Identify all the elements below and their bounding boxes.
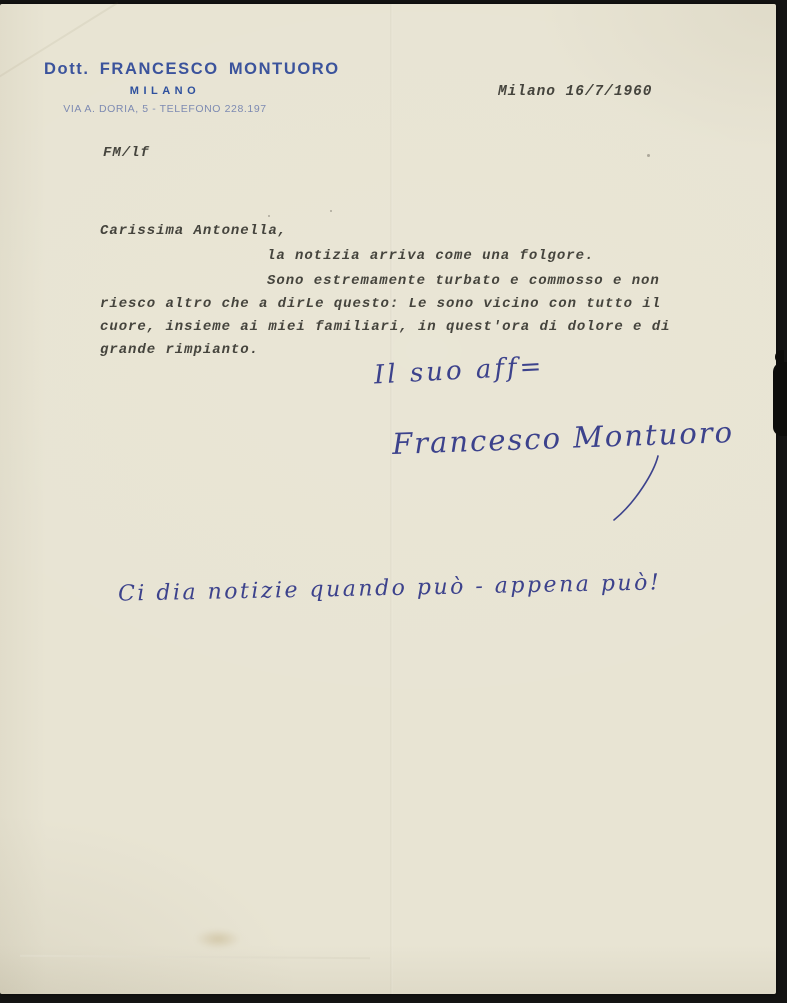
- body-line: riesco altro che a dirLe questo: Le sono…: [100, 296, 661, 312]
- letterhead-city: MILANO: [44, 85, 286, 97]
- paper-speck: [647, 154, 650, 157]
- paper-stain: [195, 929, 241, 949]
- body-line: la notizia arriva come una folgore.: [267, 248, 594, 264]
- body-line: grande rimpianto.: [100, 342, 259, 358]
- paper-speck: [330, 210, 332, 212]
- letterhead-address: VIA A. DORIA, 5 - TELEFONO 228.197: [44, 103, 286, 115]
- reference-code: FM/lf: [103, 145, 150, 161]
- vertical-fold-line: [390, 4, 393, 994]
- paper-speck: [268, 215, 270, 217]
- signature-flourish: [596, 454, 666, 524]
- scanned-letter: Dott. FRANCESCO MONTUORO MILANO VIA A. D…: [0, 0, 787, 1003]
- letterhead: Dott. FRANCESCO MONTUORO MILANO VIA A. D…: [44, 60, 286, 115]
- handwritten-signature: Francesco Montuoro: [392, 415, 735, 461]
- letterhead-name: Dott. FRANCESCO MONTUORO: [44, 60, 286, 79]
- body-salutation: Carissima Antonella,: [100, 223, 287, 239]
- handwritten-closing: Il suo aff=: [373, 352, 545, 391]
- letter-paper: Dott. FRANCESCO MONTUORO MILANO VIA A. D…: [0, 4, 776, 994]
- body-line: cuore, insieme ai miei familiari, in que…: [100, 319, 670, 335]
- scan-edge-blob: [773, 362, 787, 436]
- date-line: Milano 16/7/1960: [498, 84, 652, 100]
- bottom-crease: [20, 955, 370, 959]
- body-line: Sono estremamente turbato e commosso e n…: [267, 273, 660, 289]
